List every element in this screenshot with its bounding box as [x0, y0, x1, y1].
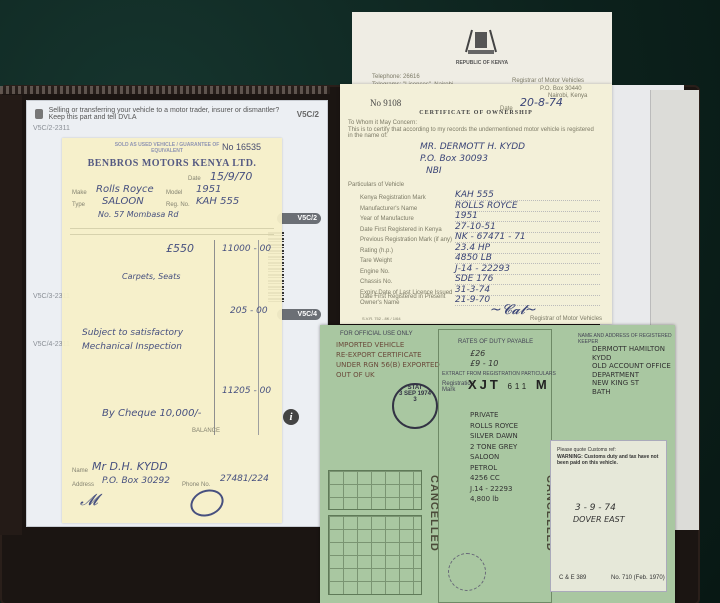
invoice-balance: 11205 - 00: [222, 386, 271, 396]
remark-line: IMPORTED VEHICLE: [336, 341, 404, 349]
particular-line: PETROL: [470, 464, 497, 472]
cert-intro: This is to certify that according to my …: [348, 127, 598, 139]
invoice-make: Rolls Royce: [96, 184, 154, 195]
logbook-official-use: FOR OFFICIAL USE ONLY: [340, 331, 413, 337]
invoice-number-label: No: [222, 142, 234, 152]
particular-line: SILVER DAWN: [470, 432, 518, 440]
owner-line: NEW KING ST: [592, 379, 639, 387]
v5c-side-number: V5C/2-2311: [33, 125, 70, 132]
reg-mark-char: T: [490, 377, 501, 392]
v5c-section-icon: [35, 109, 43, 119]
kenya-coat-of-arms-icon: [462, 24, 500, 56]
invoice-date-label: Date: [188, 176, 201, 182]
remark-line: OUT OF UK: [336, 371, 375, 379]
invoice-extras: Carpets, Seats: [122, 272, 180, 281]
binder-zipper: [0, 86, 330, 94]
cert-row-label: Date First Registered in Present Owner's…: [360, 294, 455, 306]
customs-location: DOVER EAST: [573, 515, 625, 524]
certificate-of-ownership: P.O. Box 30440 Nairobi, Kenya No 9108 Da…: [340, 84, 612, 324]
cert-date: 20-8-74: [520, 96, 563, 109]
owner-line: KYDD: [592, 354, 611, 362]
cert-salutation: To Whom it May Concern:: [348, 120, 417, 126]
invoice-date: 15/9/70: [210, 170, 252, 183]
cert-row-value: 23.4 HP: [455, 243, 600, 254]
invoice-price-amount: 11000 - 00: [222, 244, 271, 254]
invoice-stamp: SOLD AS USED VEHICLE / GUARANTEE OF EQUI…: [112, 142, 222, 154]
invoice-trade-in: By Cheque 10,000/-: [102, 408, 201, 419]
v5c-tag-pill: V5C/4: [277, 309, 321, 320]
binder-spine: [0, 95, 22, 535]
cert-number: No 9108: [370, 98, 401, 108]
reg-mark-char: M: [536, 377, 550, 392]
cert-owner-city: NBI: [426, 166, 442, 176]
cert-signature-label: Registrar of Motor Vehicles: [530, 316, 602, 322]
invoice-phone: 27481/224: [220, 474, 269, 484]
duty-row: £26: [470, 349, 485, 358]
particular-line: J.14 - 22293: [470, 485, 512, 493]
particular-line: 2 TONE GREY: [470, 443, 517, 451]
cert-row-value: SDE 176: [455, 274, 600, 285]
owner-section: NAME AND ADDRESS OF REGISTERED KEEPER: [578, 333, 675, 345]
cert-row-value: KAH 555: [455, 190, 600, 201]
cert-owner-name: MR. DERMOTT H. KYDD: [420, 142, 525, 152]
invoice-phone-label: Phone No.: [182, 482, 210, 488]
particular-line: PRIVATE: [470, 411, 498, 419]
customs-form-ref: No. 710 (Feb. 1970): [611, 575, 665, 581]
invoice-note: Subject to satisfactory: [82, 328, 183, 338]
cert-section: Particulars of Vehicle: [348, 182, 404, 188]
cert-owner-address: P.O. Box 30093: [420, 154, 488, 164]
v5c-tag-pill: V5C/2: [277, 213, 321, 224]
reg-mark-char: X: [468, 377, 480, 392]
cert-form-code: S.V.R. 752 - 8K / 1/64: [362, 316, 401, 321]
invoice-price-text: £550: [166, 242, 194, 255]
invoice-model: 1951: [196, 184, 221, 195]
invoice-insurance: 205 - 00: [230, 306, 268, 316]
cert-row: Rating (h.p.)23.4 HP: [360, 243, 600, 254]
info-icon: i: [283, 409, 299, 425]
divider: [70, 228, 274, 229]
invoice-column-line: [214, 240, 215, 435]
invoice-type: SALOON: [102, 196, 144, 207]
cert-row: Previous Registration Mark (if any)NK - …: [360, 232, 600, 243]
cert-row-value: ROLLS ROYCE: [455, 201, 600, 212]
v5c-heading: Selling or transferring your vehicle to …: [49, 107, 291, 121]
cert-row: Engine No.J-14 - 22293: [360, 264, 600, 275]
invoice-type-label: Type: [72, 202, 85, 208]
letterhead-telephone: Telephone: 26616: [372, 74, 420, 80]
benbros-invoice: SOLD AS USED VEHICLE / GUARANTEE OF EQUI…: [62, 138, 282, 523]
cert-row: Tare Weight4850 LB: [360, 253, 600, 264]
postmark-stamp: STAT 3 SEP 1974 3: [392, 383, 438, 429]
cert-row: Date First Registered in Kenya27-10-51: [360, 222, 600, 233]
customs-warning: WARNING: Customs duty and tax have not b…: [557, 454, 660, 467]
invoice-column-line: [258, 240, 259, 435]
dealer-signature: [187, 485, 228, 521]
v5c-header: Selling or transferring your vehicle to …: [35, 107, 319, 121]
letterhead-country: REPUBLIC OF KENYA: [352, 60, 612, 66]
cert-row: Chassis No.SDE 176: [360, 274, 600, 285]
cert-number-label: No: [370, 98, 381, 108]
invoice-address-label: Address: [72, 482, 94, 488]
embossed-seal: [448, 553, 486, 591]
invoice-reg-label: Reg. No.: [166, 202, 190, 208]
duty-row: £9 - 10: [470, 359, 498, 368]
cert-row-value: J-14 - 22293: [455, 264, 600, 275]
cert-title: CERTIFICATE OF OWNERSHIP: [340, 110, 612, 116]
v5c-tag: V5C/2: [297, 110, 319, 119]
remark-line: UNDER RGN 56(B) EXPORTED: [336, 361, 440, 369]
owner-line: DEPARTMENT: [592, 371, 639, 379]
cert-row: Year of Manufacture1951: [360, 211, 600, 222]
cert-number-value: 9108: [383, 98, 401, 108]
reg-mark-number: 611: [507, 382, 529, 391]
particular-line: SALOON: [470, 453, 499, 461]
postmark-line: 3: [394, 397, 436, 403]
divider: [70, 234, 274, 235]
cert-row: Manufacturer's NameROLLS ROYCE: [360, 201, 600, 212]
cert-row-value: 1951: [455, 211, 600, 222]
cert-row: Date First Registered in Present Owner's…: [360, 295, 600, 306]
purchaser-signature: 𝓜: [80, 490, 98, 510]
particular-line: ROLLS ROYCE: [470, 422, 518, 430]
owner-line: OLD ACCOUNT OFFICE: [592, 362, 671, 370]
invoice-make-label: Make: [72, 190, 87, 196]
invoice-purchaser-name: Mr D.H. KYDD: [92, 460, 168, 473]
remark-line: RE-EXPORT CERTIFICATE: [336, 351, 422, 359]
cert-pobox: P.O. Box 30440: [540, 86, 582, 92]
tax-grid: [328, 470, 422, 510]
uk-logbook: FOR OFFICIAL USE ONLY IMPORTED VEHICLERE…: [320, 325, 675, 603]
invoice-purchaser-address: P.O. Box 30292: [102, 476, 170, 486]
invoice-number-value: 16535: [236, 142, 261, 152]
customs-form-code: C & E 389: [559, 575, 586, 581]
customs-note: Please quote Customs ref: WARNING: Custo…: [550, 440, 667, 592]
tax-grid: [328, 515, 422, 595]
cert-row-value: 31-3-74: [455, 285, 600, 296]
cert-row-value: 4850 LB: [455, 253, 600, 264]
cert-row-value: NK - 67471 - 71: [455, 232, 600, 243]
invoice-note: Mechanical Inspection: [82, 342, 182, 352]
particular-line: 4256 CC: [470, 474, 500, 482]
invoice-model-label: Model: [166, 190, 182, 196]
cert-row: Kenya Registration MarkKAH 555: [360, 190, 600, 201]
customs-date: 3 - 9 - 74: [575, 503, 616, 513]
reg-mark-label: Registration Mark: [442, 381, 462, 393]
invoice-number: No 16535: [222, 142, 261, 152]
invoice-balance-label: BALANCE: [192, 428, 220, 434]
customs-note-text: Please quote Customs ref: WARNING: Custo…: [557, 447, 660, 467]
owner-line: DERMOTT HAMILTON: [592, 345, 665, 353]
invoice-company: BENBROS MOTORS KENYA LTD.: [62, 158, 282, 169]
invoice-name-label: Name: [72, 468, 88, 474]
reg-mark-char: J: [480, 377, 490, 392]
invoice-delivery-place: No. 57 Mombasa Rd: [98, 210, 179, 219]
duty-section: RATES OF DUTY PAYABLE: [458, 339, 533, 345]
particular-line: 4,800 lb: [470, 495, 499, 503]
registration-mark: XJT 611 M: [468, 377, 550, 392]
cert-row-value: 27-10-51: [455, 222, 600, 233]
invoice-reg: KAH 555: [196, 196, 239, 207]
owner-line: BATH: [592, 388, 611, 396]
